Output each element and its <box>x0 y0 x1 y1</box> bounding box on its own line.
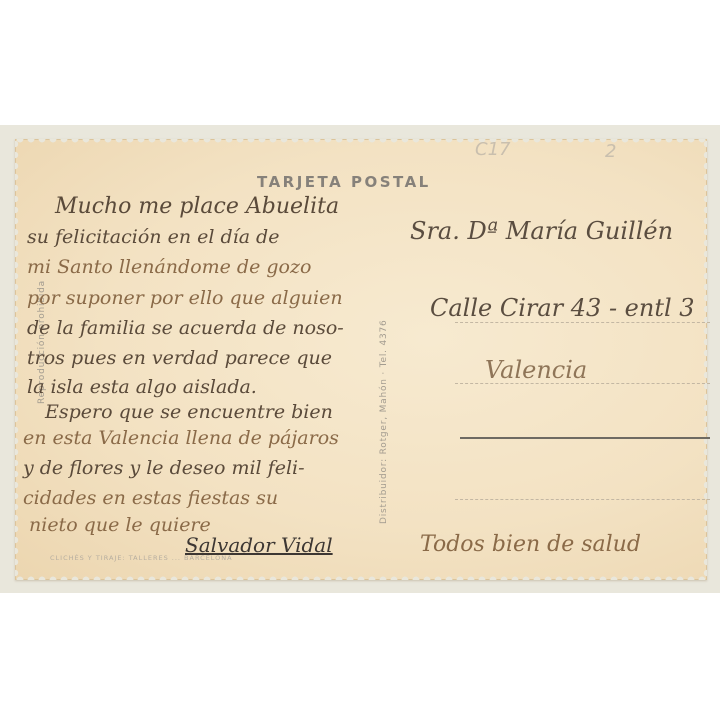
pencil-mark: C17 <box>475 139 510 160</box>
message-line: nieto que le quiere <box>29 514 211 536</box>
recipient-name: Sra. Dª María Guillén <box>410 217 673 245</box>
postscript: Todos bien de salud <box>420 532 641 557</box>
postcard: C17 2 TARJETA POSTAL Distribuidor: Rotge… <box>15 139 707 580</box>
message-line: cidades en estas fiestas su <box>23 487 278 509</box>
message-line: Espero que se encuentre bien <box>45 401 333 423</box>
address-line <box>455 383 710 384</box>
message-line: su felicitación en el día de <box>27 226 279 248</box>
message-line: Mucho me place Abuelita <box>55 194 339 219</box>
address-line <box>455 499 710 500</box>
message-line: tros pues en verdad parece que <box>27 347 332 369</box>
message-line: de la familia se acuerda de noso- <box>27 317 344 339</box>
message-line: por suponer por ello que alguien <box>27 287 343 309</box>
distributor-imprint: Distribuidor: Rotger, Mahón · Tel. 4376 <box>379 319 389 524</box>
message-line: en esta Valencia llena de pájaros <box>23 427 339 449</box>
address-line <box>455 322 710 323</box>
message-line: y de flores y le deseo mil feli- <box>23 457 305 479</box>
deckled-edge-left <box>15 139 20 580</box>
message-line: la isla esta algo aislada. <box>27 376 257 398</box>
signature: Salvador Vidal <box>185 533 333 557</box>
pencil-mark: 2 <box>605 141 616 162</box>
recipient-street: Calle Cirar 43 - entl 3 <box>430 294 695 322</box>
printed-title: TARJETA POSTAL <box>257 173 431 191</box>
recipient-city: Valencia <box>485 356 587 384</box>
message-line: mi Santo llenándome de gozo <box>27 256 311 278</box>
deckled-edge-right <box>702 139 707 580</box>
address-underline <box>460 437 710 439</box>
